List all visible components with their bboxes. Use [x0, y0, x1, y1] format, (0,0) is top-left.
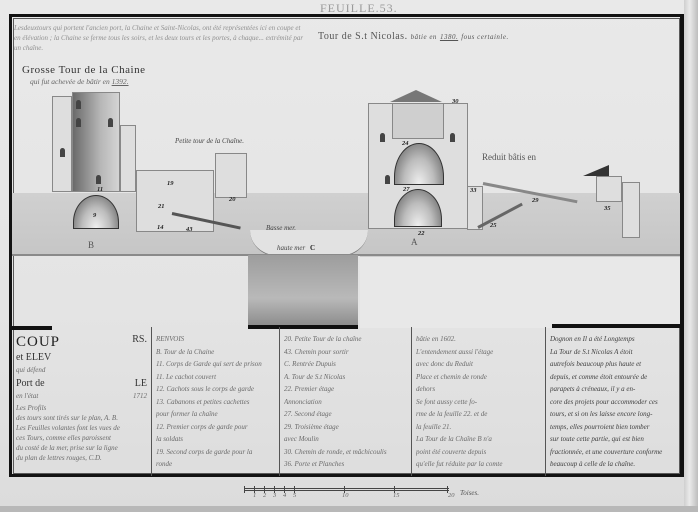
legend-entry: autrefois beaucoup plus haute et [550, 358, 676, 371]
legend-entry: Les Profils [16, 403, 147, 413]
legend-entry: pour former la chaîne [156, 408, 275, 421]
heading-elev: et ELEV [16, 351, 147, 364]
heading-year: 1712 [133, 390, 147, 403]
point-c-label: C [310, 244, 315, 252]
legend-entry: 27. Second étage [284, 408, 407, 421]
legend-col-renvois-2: 20. Petite Tour de la chaîne 43. Chemin … [280, 327, 412, 476]
sheet-bottom-edge [0, 506, 698, 512]
legend-entry: 19. Second corps de garde pour la [156, 446, 275, 459]
legend-entry: 20. Petite Tour de la chaîne [284, 333, 407, 346]
legend-entry: Place et chemin de ronde [416, 371, 541, 384]
legend-entry: depuis, et comme étoit entourée de [550, 371, 676, 384]
legend-entry: L'entendement aussi l'étage [416, 346, 541, 359]
legend-entry: qu'elle fut réduite par la comte [416, 458, 541, 471]
legend-entry: A. Tour de S.t Nicolas [284, 371, 407, 384]
room-number: 33 [470, 187, 477, 194]
window-icon [380, 133, 385, 142]
title-tour-chaine: Grosse Tour de la Chaine [22, 64, 145, 76]
room-number: 25 [490, 222, 497, 229]
window-icon [60, 148, 65, 157]
scale-label: 3 [273, 492, 276, 499]
room-number: 43 [186, 226, 193, 233]
tour-st-nicolas-roof [390, 90, 442, 102]
room-number: 9 [93, 212, 96, 219]
legend-entry: C. Rentrée Dupuis [284, 358, 407, 371]
room-number: 30 [452, 98, 459, 105]
room-number: 29 [532, 197, 539, 204]
legend-entry: point été couverte depuis [416, 446, 541, 459]
legend-entry: 12. Cachots sous le corps de garde [156, 383, 275, 396]
scale-tick [244, 486, 245, 493]
intro-text: Lesdeuxtours qui portent l'ancien port, … [14, 23, 304, 53]
heading-port: Port de [16, 378, 45, 389]
legend-entry: fractionnée, et une couverture conforme [550, 446, 676, 459]
legend-entry: parapets à créneaux, il y a en- [550, 383, 676, 396]
reduit-guardhouse [596, 176, 622, 202]
paper-overlay-flap [360, 256, 680, 328]
room-number: 14 [157, 224, 164, 231]
heading-suffix-rs: RS. [132, 333, 147, 346]
label-petite-tour: Petite tour de la Chaîne. [175, 137, 244, 145]
room-number: 27 [403, 186, 410, 193]
legend-entry: Dognon en Il a été Longtemps [550, 333, 676, 346]
room-number: 11 [97, 186, 103, 193]
scale-bar [244, 488, 449, 491]
legend-entry: RENVOIS [156, 333, 275, 346]
tour-st-nicolas-top-room [392, 103, 444, 139]
legend-entry: Se font aussy cette fo- [416, 396, 541, 409]
label-haute-mer: haute mer C [277, 244, 315, 252]
room-number: 19 [167, 180, 174, 187]
window-icon [385, 175, 390, 184]
legend-entry: tours, et si on les laisse encore long- [550, 408, 676, 421]
legend-col-renvois-1: RENVOIS B. Tour de la Chaine 11. Corps d… [152, 327, 280, 476]
corps-de-garde [136, 170, 214, 232]
legend-entry: dehors [416, 383, 541, 396]
haute-mer-text: haute mer [277, 244, 305, 252]
point-a-label: A [411, 237, 418, 247]
subtitle-text: qui fut achevée de bâtir en [30, 77, 110, 86]
legend-entry: ces Tours, comme elles paroissent [16, 433, 147, 443]
room-number: 24 [402, 140, 409, 147]
harbour-entrance [250, 230, 368, 256]
legend-entry: B. Tour de la Chaine [156, 346, 275, 359]
legend-col-title: COUP RS. et ELEV qui défend Port de LE e… [12, 327, 152, 476]
scale-label: 2 [263, 492, 266, 499]
legend-entry: beaucoup à celle de la chaîne. [550, 458, 676, 471]
legend-entry: 11. Le cachot couvert [156, 371, 275, 384]
legend-entry: La Tour de la Chaîne B n'a [416, 433, 541, 446]
legend-entry: rme de la feuille 22. et de [416, 408, 541, 421]
archival-plan-sheet: FEUILLE.53. Lesdeuxtours qui portent l'a… [0, 0, 698, 512]
scale-unit: Toises. [460, 489, 479, 497]
legend-entry: Les Feuilles volantes font les vues de [16, 423, 147, 433]
legend-entry: bâtie en 1602. [416, 333, 541, 346]
legend-entry: temps, elles pourroient bien tomber [550, 421, 676, 434]
scale-label: 10 [342, 492, 349, 499]
legend-entry: 13. Cabanons et petites cachettes [156, 396, 275, 409]
legend-entry: 36. Porte et Planches [284, 458, 407, 471]
legend-heading-coup: COUP RS. [16, 333, 147, 351]
room-number: 22 [418, 230, 425, 237]
heading-coup: COUP [16, 334, 60, 350]
scale-label: 1 [253, 492, 256, 499]
legend-entry: 29. Troisième étage [284, 421, 407, 434]
legend-entry: avec Moulin [284, 433, 407, 446]
label-basse-mer: Basse mer. [266, 224, 296, 232]
legend-entry: la feuille 21. [416, 421, 541, 434]
legend-entry: Annonciation [284, 396, 407, 409]
legend-entry: 11. Corps de Garde qui sert de prison [156, 358, 275, 371]
legend-entry: des tours sont tirés sur le plan, A. B. [16, 413, 147, 423]
subtitle-year: 1392. [112, 77, 129, 86]
legend-entry: sur toute cette partie, qui est bien [550, 433, 676, 446]
window-icon [108, 118, 113, 127]
title-tour-st-nicolas: Tour de S.t Nicolas. bâtie en 1380. fous… [318, 31, 509, 42]
reduit-bastion [622, 182, 640, 238]
heading-suffix-le: LE [135, 377, 147, 390]
legend-entry: ronde [156, 458, 275, 471]
sheet-right-edge [684, 0, 698, 512]
tour-chaine-right-wing [120, 125, 136, 192]
scale-label: 4 [283, 492, 286, 499]
heading-port-line: Port de LE [16, 377, 147, 391]
window-icon [96, 175, 101, 184]
legend-col-notes-2: Dognon en Il a été Longtemps La Tour de … [546, 327, 680, 476]
title-text: Tour de S.t Nicolas. [318, 31, 408, 42]
label-reduit: Reduit bâtis en [482, 152, 536, 162]
petite-tour-chaine [215, 153, 247, 198]
legend-entry: core des projets pour accommoder ces [550, 396, 676, 409]
room-number: 20 [229, 196, 236, 203]
heading-etat: en l'état [16, 392, 38, 400]
room-number: 21 [158, 203, 165, 210]
tour-chaine-left-wing [52, 96, 72, 192]
window-icon [76, 100, 81, 109]
title-suffix: fous certainle. [461, 33, 509, 41]
title-built: bâtie en [411, 33, 437, 41]
legend-entry: avec donc du Reduit [416, 358, 541, 371]
window-icon [76, 118, 81, 127]
legend-entry: 43. Chemin pour sortir [284, 346, 407, 359]
heading-line: qui défend [16, 364, 147, 377]
legend-entry: du plan de lettres rouges, C.D. [16, 453, 147, 463]
subtitle-tour-chaine: qui fut achevée de bâtir en 1392. [30, 77, 129, 86]
legend-entry: 12. Premier corps de garde pour [156, 421, 275, 434]
scale-label: 15 [393, 492, 400, 499]
legend-entry: la soldats [156, 433, 275, 446]
legend-entry: 22. Premier étage [284, 383, 407, 396]
scale-label: 5 [293, 492, 296, 499]
guardhouse-roof [583, 165, 609, 176]
window-icon [450, 133, 455, 142]
legend-table: COUP RS. et ELEV qui défend Port de LE e… [12, 327, 680, 476]
harbour-water [248, 255, 358, 327]
point-b-label: B [88, 240, 94, 250]
legend-entry: 30. Chemin de ronde, et mâchicoulis [284, 446, 407, 459]
scale-label: 20 [448, 492, 455, 499]
legend-col-notes-1: bâtie en 1602. L'entendement aussi l'éta… [412, 327, 546, 476]
legend-entry: du costé de la mer, prise sur la ligne [16, 443, 147, 453]
legend-entry: La Tour de S.t Nicolas A étoit [550, 346, 676, 359]
room-number: 35 [604, 205, 611, 212]
heading-etat-line: en l'état 1712 [16, 390, 147, 403]
title-year: 1380. [440, 33, 458, 41]
